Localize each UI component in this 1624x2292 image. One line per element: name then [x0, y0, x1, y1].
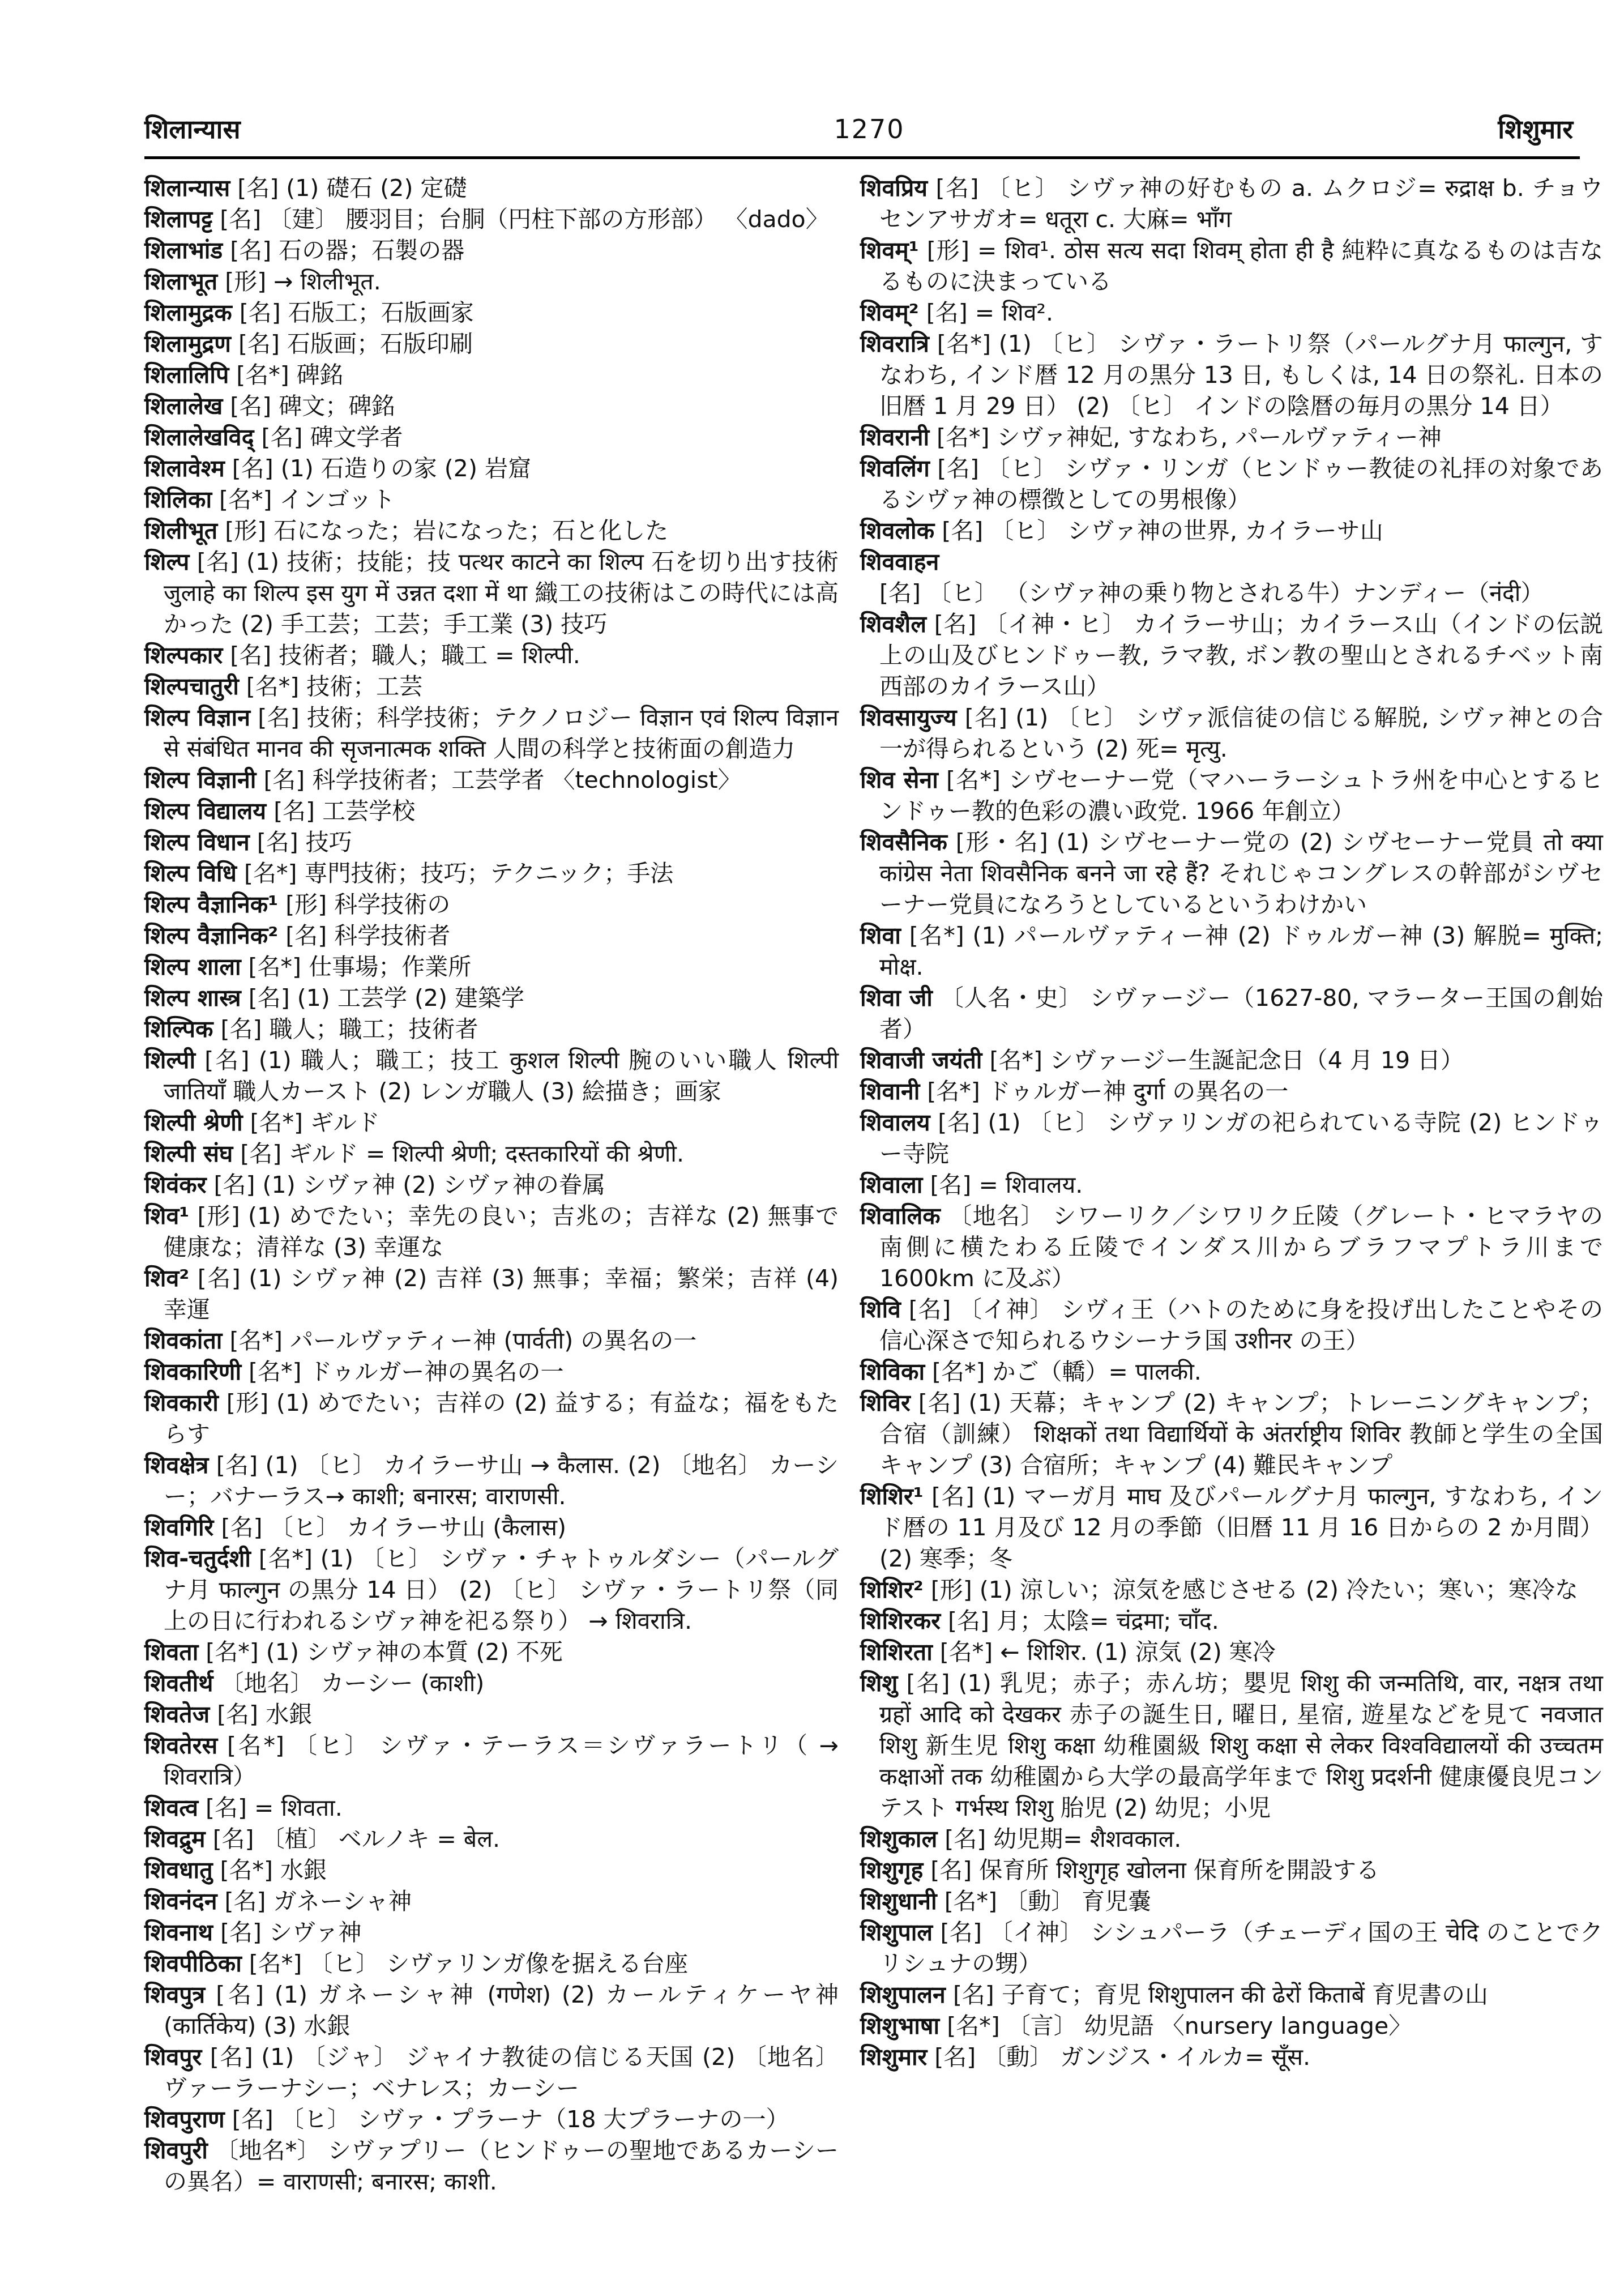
- dictionary-entry: शिवि [名] 〔イ神〕 シヴィ王（ハトのために身を投げ出したことやその信心深…: [860, 1294, 1603, 1356]
- entry-definition: [名] 科学技術者: [278, 922, 450, 949]
- dictionary-entry: शिवप्रिय [名] 〔ヒ〕 シヴァ神の好むもの a. ムクロジ= रुद्…: [860, 173, 1603, 235]
- headword: शिविर: [860, 1389, 911, 1416]
- dictionary-entry: शिवम्¹ [形] = शिव¹. ठोस सत्य सदा शिवम् हो…: [860, 235, 1603, 297]
- dictionary-entry: शिशुकाल [名] 幼児期= शैशवकाल.: [860, 1824, 1603, 1855]
- dictionary-entry: शिशुधानी [名*] 〔動〕 育児嚢: [860, 1886, 1603, 1917]
- headword: शिलामुद्रक: [144, 299, 232, 326]
- headword: शिलालिपि: [144, 361, 229, 389]
- entry-definition: [名] 技術者；職人；職工 = शिल्पी.: [223, 642, 580, 669]
- entry-definition: [名] 科学技術者；工芸学者 〈technologist〉: [256, 766, 741, 793]
- headword: शिलालेख: [144, 392, 223, 420]
- entry-definition: [名] 工芸学校: [266, 797, 415, 825]
- headword: शिवप्रिय: [860, 174, 928, 202]
- headword: शिल्प वैज्ञानिक¹: [144, 891, 278, 918]
- entry-definition: [名] 幼児期= शैशवकाल.: [937, 1825, 1181, 1853]
- entry-definition: [名*] ドゥルガー神 दुर्गा の異名の一: [920, 1078, 1288, 1105]
- entry-definition: [名] (1) 石造りの家 (2) 岩窟: [225, 455, 531, 482]
- entry-definition: [名] 月；太陰= चंद्रमा; चाँद.: [941, 1607, 1219, 1634]
- headword: शिवलोक: [860, 517, 934, 544]
- headword: शिवानी: [860, 1078, 920, 1105]
- dictionary-entry: शिवाला [名] = शिवालय.: [860, 1170, 1603, 1201]
- entry-definition: [名] 〔ヒ〕 シヴァ神の好むもの a. ムクロジ= रुद्राक्ष b. …: [879, 174, 1603, 233]
- dictionary-entry: शिल्प विज्ञान [名] 技術；科学技術；テクノロジー विज्ञान…: [144, 702, 839, 765]
- header-rule: [144, 156, 1580, 159]
- headword: शिवरानी: [860, 424, 929, 451]
- entry-definition: [形] (1) めでたい；吉祥の (2) 益する；有益な；福をもたらす: [164, 1389, 839, 1448]
- headword: शिवसायुज्य: [860, 704, 957, 731]
- entry-definition: [形] 科学技術の: [278, 891, 450, 918]
- entry-definition: [名*] (1) 〔ヒ〕 シヴァ・チャトゥルダシー（パールグナ月 फाल्गुन…: [164, 1545, 839, 1634]
- dictionary-entry: शिवसैनिक [形・名] (1) シヴセーナー党の (2) シヴセーナー党員…: [860, 827, 1603, 920]
- dictionary-entry: शिवता [名*] (1) シヴァ神の本質 (2) 不死: [144, 1637, 839, 1668]
- headword: शिल्प वैज्ञानिक²: [144, 922, 278, 949]
- dictionary-entry: शिल्प शाला [名*] 仕事場；作業所: [144, 951, 839, 983]
- entry-definition: [名*] (1) シヴァ神の本質 (2) 不死: [198, 1638, 562, 1666]
- entry-definition: [名] 水銀: [210, 1701, 312, 1728]
- headword: शिलालेखविद्: [144, 424, 254, 451]
- entry-definition: [形・名] (1) シヴセーナー党の (2) シヴセーナー党員 तो क्या …: [879, 829, 1603, 918]
- entry-definition: [名*] 専門技術；技巧；テクニック；手法: [237, 860, 673, 887]
- dictionary-entry: शिवपीठिका [名*] 〔ヒ〕 シヴァリンガ像を据える台座: [144, 1948, 839, 1979]
- headword: शिशुपाल: [860, 1919, 933, 1946]
- entry-definition: [名] (1) シヴァ神 (2) シヴァ神の眷属: [207, 1171, 606, 1198]
- headword: शिशुकाल: [860, 1825, 937, 1853]
- entry-definition: [名] 石版工；石版画家: [232, 299, 474, 326]
- entry-definition: [名] = शिवता.: [198, 1794, 343, 1821]
- entry-definition: [名] 〔動〕 ガンジス・イルカ= सूँस.: [927, 2043, 1310, 2071]
- dictionary-entry: शिलालेखविद् [名] 碑文学者: [144, 422, 839, 453]
- entry-definition: [名*] 〔動〕 育児嚢: [937, 1888, 1152, 1915]
- right-column: शिवप्रिय [名] 〔ヒ〕 シヴァ神の好むもの a. ムクロジ= रुद्…: [860, 173, 1603, 2197]
- headword: शिवालय: [860, 1109, 930, 1136]
- entry-definition: [名] 〔イ神・ヒ〕 カイラーサ山；カイラース山（インドの伝説上の山及びヒンドゥ…: [879, 611, 1603, 700]
- guide-word-left: शिलान्यास: [144, 111, 241, 146]
- entry-definition: [名] 〔イ神〕 シシュパーラ（チェーディ国の王 चेदि のことでクリシュナの…: [879, 1919, 1603, 1977]
- dictionary-entry: शिल्पी [名] (1) 職人；職工；技工 कुशल शिल्पी 腕のいい…: [144, 1045, 839, 1107]
- entry-definition: [名*] 〔言〕 幼児語 〈nursery language〉: [939, 2012, 1412, 2039]
- dictionary-entry: शिलावेश्म [名] (1) 石造りの家 (2) 岩窟: [144, 453, 839, 484]
- entry-definition: 〔地名*〕 シヴァプリー（ヒンドゥーの聖地であるカーシーの異名）= वाराणस…: [164, 2137, 839, 2195]
- headword: शिवकांता: [144, 1327, 222, 1354]
- entry-definition: [名] = शिवालय.: [922, 1171, 1083, 1198]
- headword: शिवंकर: [144, 1171, 207, 1198]
- dictionary-entry: शिवालिक 〔地名〕 シワーリク／シワリク丘陵（グレート・ヒマラヤの南側に横…: [860, 1201, 1603, 1294]
- entry-definition: [名*] 碑銘: [229, 361, 343, 389]
- entry-definition: [名*] パールヴァティー神 (पार्वती) の異名の一: [222, 1327, 696, 1354]
- headword: शिशुपालन: [860, 1981, 946, 2008]
- dictionary-entry: शिवा जी 〔人名・史〕 シヴァージー（1627-80, マラーター王国の創…: [860, 983, 1603, 1045]
- headword: शिवतीर्थ: [144, 1670, 213, 1697]
- dictionary-entry: शिशुमार [名] 〔動〕 ガンジス・イルカ= सूँस.: [860, 2042, 1603, 2073]
- headword: शिलिका: [144, 486, 212, 513]
- dictionary-entry: शिवशैल [名] 〔イ神・ヒ〕 カイラーサ山；カイラース山（インドの伝説上の…: [860, 609, 1603, 702]
- dictionary-entry: शिवपुराण [名] 〔ヒ〕 シヴァ・プラーナ（18 大プラーナの一）: [144, 2104, 839, 2135]
- entry-definition: [名] = शिव².: [919, 299, 1053, 326]
- headword: शिशुमार: [860, 2043, 927, 2071]
- dictionary-entry: शिल्पिक [名] 職人；職工；技術者: [144, 1014, 839, 1045]
- dictionary-entry: शिशिर² [形] (1) 涼しい；涼気を感じさせる (2) 冷たい；寒い；寒…: [860, 1574, 1603, 1606]
- dictionary-entry: शिशु [名] (1) 乳児；赤子；赤ん坊；嬰児 शिशु की जन्मति…: [860, 1668, 1603, 1824]
- headword: शिल्पकार: [144, 642, 223, 669]
- headword: शिशिरकर: [860, 1607, 941, 1634]
- dictionary-entry: शिववाहन [名] 〔ヒ〕 （シヴァ神の乗り物とされる牛）ナンディー（नंद…: [860, 547, 1603, 609]
- entry-definition: [名] 〔イ神〕 シヴィ王（ハトのために身を投げ出したことやその信心深さで知られ…: [879, 1296, 1603, 1354]
- dictionary-entry: शिवनंदन [名] ガネーシャ神: [144, 1886, 839, 1917]
- running-head: शिलान्यास 1270 शिशुमार: [144, 111, 1573, 146]
- headword: शिशिर²: [860, 1576, 924, 1603]
- entry-definition: [名] (1) 礎石 (2) 定礎: [230, 174, 467, 202]
- headword: शिवम्²: [860, 299, 919, 326]
- headword: शिवाला: [860, 1171, 922, 1198]
- dictionary-entry: शिलालिपि [名*] 碑銘: [144, 360, 839, 391]
- page-number: 1270: [834, 114, 904, 144]
- headword: शिवि: [860, 1296, 901, 1323]
- entry-definition: [名] (1) 〔ヒ〕 シヴァ派信徒の信じる解脱, シヴァ神との合一が得られると…: [879, 704, 1603, 762]
- headword: शिव सेना: [860, 766, 938, 793]
- entry-definition: [名] (1) マーガ月 माघ 及びパールグナ月 फाल्गुन, すなわち,…: [879, 1483, 1603, 1572]
- headword: शिवतेरस: [144, 1732, 217, 1759]
- headword: शिवतेज: [144, 1701, 210, 1728]
- dictionary-entry: शिवलिंग [名] 〔ヒ〕 シヴァ・リンガ（ヒンドゥー教徒の礼拝の対象である…: [860, 453, 1603, 515]
- dictionary-entry: शिवत्व [名] = शिवता.: [144, 1792, 839, 1824]
- entry-definition: [名*] かご（轎）= पालकी.: [925, 1358, 1202, 1385]
- entry-definition: [名*] (1) 〔ヒ〕 シヴァ・ラートリ祭（パールグナ月 फाल्गुन, す…: [879, 330, 1603, 420]
- headword: शिवता: [144, 1638, 198, 1666]
- entry-definition: [名] (1) 工芸学 (2) 建築学: [241, 984, 524, 1011]
- headword: शिशुधानी: [860, 1888, 937, 1915]
- headword: शिल्प: [144, 548, 189, 575]
- dictionary-entry: शिवद्रुम [名] 〔植〕 ベルノキ = बेल.: [144, 1824, 839, 1855]
- entry-definition: [名*] ← शिशिर. (1) 涼気 (2) 寒冷: [933, 1638, 1276, 1666]
- headword: शिलीभूत: [144, 517, 217, 544]
- headword: शिव-चतुर्दशी: [144, 1545, 251, 1572]
- headword: शिवलिंग: [860, 455, 930, 482]
- headword: शिल्प विद्यालय: [144, 797, 266, 825]
- dictionary-entry: शिवा [名*] (1) パールヴァティー神 (2) ドゥルガー神 (3) 解…: [860, 920, 1603, 983]
- dictionary-entry: शिव-चतुर्दशी [名*] (1) 〔ヒ〕 シヴァ・チャトゥルダシー（パ…: [144, 1543, 839, 1637]
- dictionary-page: शिलान्यास 1270 शिशुमार शिलान्यास [名] (1)…: [0, 0, 1624, 2292]
- dictionary-entry: शिल्पी संघ [名] ギルド = शिल्पी श्रेणी; दस्त…: [144, 1138, 839, 1170]
- dictionary-entry: शिवतेरस [名*] 〔ヒ〕 シヴァ・テーラス＝シヴァラートリ（ → शिव…: [144, 1730, 839, 1792]
- entry-definition: [形] → शिलीभूत.: [217, 268, 381, 295]
- entry-definition: [名*] シヴセーナー党（マハーラーシュトラ州を中心とするヒンドゥー教的色彩の濃…: [879, 766, 1603, 825]
- entry-definition: [名] 〔建〕 腰羽目；台胴（円柱下部の方形部） 〈dado〉: [212, 206, 828, 233]
- entry-definition: [名*] (1) パールヴァティー神 (2) ドゥルガー神 (3) 解脱= मु…: [879, 922, 1603, 980]
- headword: शिवपीठिका: [144, 1950, 242, 1977]
- entry-definition: [名*] 仕事場；作業所: [241, 953, 472, 980]
- entry-definition: [名*] シヴァージー生誕記念日（4 月 19 日）: [982, 1047, 1464, 1074]
- dictionary-entry: शिल्प वैज्ञानिक² [名] 科学技術者: [144, 920, 839, 951]
- dictionary-entry: शिलिका [名*] インゴット: [144, 484, 839, 515]
- entry-definition: [名] 〔植〕 ベルノキ = बेल.: [206, 1825, 500, 1853]
- headword: शिलामुद्रण: [144, 330, 231, 357]
- entry-definition: [名] シヴァ神: [213, 1919, 362, 1946]
- headword: शिलापट्ट: [144, 206, 212, 233]
- headword: शिवा जी: [860, 984, 933, 1011]
- dictionary-entry: शिवक्षेत्र [名] (1) 〔ヒ〕 カイラーサ山 → कैलास. (…: [144, 1450, 839, 1512]
- headword: शिलान्यास: [144, 174, 230, 202]
- dictionary-entry: शिलालेख [名] 碑文；碑銘: [144, 391, 839, 422]
- entry-definition: [名] ギルド = शिल्पी श्रेणी; दस्तकारियों की …: [233, 1140, 684, 1167]
- headword: शिशिर¹: [860, 1483, 924, 1510]
- dictionary-body: शिलान्यास [名] (1) 礎石 (2) 定礎शिलापट्ट [名] …: [144, 173, 1603, 2197]
- headword: शिशुगृह: [860, 1856, 923, 1884]
- headword: शिव¹: [144, 1202, 189, 1230]
- dictionary-entry: शिवम्² [名] = शिव².: [860, 297, 1603, 328]
- headword: शिल्प विज्ञान: [144, 704, 250, 731]
- entry-definition: [名] 〔ヒ〕 （シヴァ神の乗り物とされる牛）ナンディー（नंदी）: [879, 579, 1544, 607]
- headword: शिविका: [860, 1358, 925, 1385]
- entry-definition: 〔人名・史〕 シヴァージー（1627-80, マラーター王国の創始者）: [879, 984, 1603, 1043]
- dictionary-entry: शिलाभांड [名] 石の器；石製の器: [144, 235, 839, 266]
- entry-definition: [名] ガネーシャ神: [217, 1888, 412, 1915]
- left-column: शिलान्यास [名] (1) 礎石 (2) 定礎शिलापट्ट [名] …: [144, 173, 839, 2197]
- dictionary-entry: शिवाजी जयंती [名*] シヴァージー生誕記念日（4 月 19 日）: [860, 1045, 1603, 1076]
- headword: शिशु: [860, 1670, 898, 1697]
- entry-definition: [名] 〔ヒ〕 シヴァ神の世界, カイラーサ山: [934, 517, 1383, 544]
- entry-definition: [名*] シヴァ神妃, すなわち, パールヴァティー神: [929, 424, 1442, 451]
- dictionary-entry: शिवपुत्र [名] (1) ガネーシャ神 (गणेश) (2) カールティ…: [144, 1979, 839, 2042]
- headword: शिवपुर: [144, 2043, 202, 2071]
- dictionary-entry: शिल्पकार [名] 技術者；職人；職工 = शिल्पी.: [144, 640, 839, 671]
- dictionary-entry: शिव सेना [名*] シヴセーナー党（マハーラーシュトラ州を中心とするヒン…: [860, 765, 1603, 827]
- entry-definition: [名] 職人；職工；技術者: [213, 1015, 478, 1043]
- headword: शिल्पिक: [144, 1015, 213, 1043]
- dictionary-entry: शिव² [名] (1) シヴァ神 (2) 吉祥 (3) 無事；幸福；繁栄；吉祥…: [144, 1263, 839, 1325]
- dictionary-entry: शिवालय [名] (1) 〔ヒ〕 シヴァリンガの祀られている寺院 (2) ヒ…: [860, 1107, 1603, 1170]
- entry-definition: [名] (1) 〔ヒ〕 シヴァリンガの祀られている寺院 (2) ヒンドゥー寺院: [879, 1109, 1603, 1167]
- headword: शिवशैल: [860, 611, 926, 638]
- dictionary-entry: शिलीभूत [形] 石になった；岩になった；石と化した: [144, 515, 839, 547]
- headword: शिवनाथ: [144, 1919, 213, 1946]
- headword: शिवकारिणी: [144, 1358, 241, 1385]
- entry-definition: [形] (1) めでたい；幸先の良い；吉兆の；吉祥な (2) 無事で健康な；清祥…: [164, 1202, 839, 1261]
- entry-definition: [名] 技術；科学技術；テクノロジー विज्ञान एवं शिल्प विज…: [164, 704, 839, 762]
- dictionary-entry: शिशिर¹ [名] (1) マーガ月 माघ 及びパールグナ月 फाल्गुन…: [860, 1481, 1603, 1574]
- dictionary-entry: शिवरात्रि [名*] (1) 〔ヒ〕 シヴァ・ラートリ祭（パールグナ月 …: [860, 328, 1603, 422]
- dictionary-entry: शिशिरकर [名] 月；太陰= चंद्रमा; चाँद.: [860, 1606, 1603, 1637]
- dictionary-entry: शिशुपाल [名] 〔イ神〕 シシュパーラ（チェーディ国の王 चेदि のこ…: [860, 1917, 1603, 1979]
- entry-definition: 〔地名〕 シワーリク／シワリク丘陵（グレート・ヒマラヤの南側に横たわる丘陵でイン…: [879, 1202, 1603, 1292]
- dictionary-entry: शिवरानी [名*] シヴァ神妃, すなわち, パールヴァティー神: [860, 422, 1603, 453]
- entry-definition: [名] 碑文学者: [254, 424, 403, 451]
- dictionary-entry: शिल्पी श्रेणी [名*] ギルド: [144, 1107, 839, 1138]
- headword: शिव²: [144, 1265, 189, 1292]
- headword: शिवपुत्र: [144, 1981, 205, 2008]
- headword: शिवरात्रि: [860, 330, 929, 357]
- entry-definition: [名] 〔ヒ〕 カイラーサ山 (कैलास): [213, 1514, 566, 1541]
- dictionary-entry: शिशुपालन [名] 子育て；育児 शिशुपालन की ढेरों कि…: [860, 1979, 1603, 2011]
- headword: शिल्पी संघ: [144, 1140, 233, 1167]
- dictionary-entry: शिवकारिणी [名*] ドゥルガー神の異名の一: [144, 1356, 839, 1388]
- dictionary-entry: शिलाभूत [形] → शिलीभूत.: [144, 266, 839, 297]
- dictionary-entry: शिल्प शास्त्र [名] (1) 工芸学 (2) 建築学: [144, 983, 839, 1014]
- dictionary-entry: शिवंकर [名] (1) シヴァ神 (2) シヴァ神の眷属: [144, 1170, 839, 1201]
- headword: शिवक्षेत्र: [144, 1452, 208, 1479]
- dictionary-entry: शिविका [名*] かご（轎）= पालकी.: [860, 1356, 1603, 1388]
- dictionary-entry: शिवधातु [名*] 水銀: [144, 1855, 839, 1886]
- dictionary-entry: शिवनाथ [名] シヴァ神: [144, 1917, 839, 1948]
- headword: शिवद्रुम: [144, 1825, 206, 1853]
- entry-definition: [名*] 〔ヒ〕 シヴァ・テーラス＝シヴァラートリ（ → शिवरात्रि）: [164, 1732, 839, 1790]
- entry-definition: [名] (1) 〔ヒ〕 カイラーサ山 → कैलास. (2) 〔地名〕 カーシ…: [164, 1452, 839, 1510]
- dictionary-entry: शिल्प वैज्ञानिक¹ [形] 科学技術の: [144, 889, 839, 920]
- headword: शिल्प शास्त्र: [144, 984, 241, 1011]
- entry-definition: [名] 〔ヒ〕 シヴァ・プラーナ（18 大プラーナの一）: [225, 2106, 789, 2133]
- dictionary-entry: शिशिरता [名*] ← शिशिर. (1) 涼気 (2) 寒冷: [860, 1637, 1603, 1668]
- dictionary-entry: शिल्पचातुरी [名*] 技術；工芸: [144, 671, 839, 702]
- headword: शिवनंदन: [144, 1888, 217, 1915]
- dictionary-entry: शिवकांता [名*] パールヴァティー神 (पार्वती) の異名の一: [144, 1325, 839, 1356]
- dictionary-entry: शिलामुद्रण [名] 石版画；石版印刷: [144, 328, 839, 360]
- headword: शिवालिक: [860, 1202, 941, 1230]
- headword: शिवसैनिक: [860, 829, 947, 856]
- dictionary-entry: शिशुभाषा [名*] 〔言〕 幼児語 〈nursery language〉: [860, 2011, 1603, 2042]
- headword: शिवपुरी: [144, 2137, 208, 2164]
- headword: शिवत्व: [144, 1794, 198, 1821]
- headword: शिल्प विज्ञानी: [144, 766, 256, 793]
- entry-definition: [名] (1) 乳児；赤子；赤ん坊；嬰児 शिशु की जन्मतिथि, व…: [879, 1670, 1603, 1821]
- entry-definition: [名] 石の器；石製の器: [223, 237, 464, 264]
- dictionary-entry: शिवसायुज्य [名] (1) 〔ヒ〕 シヴァ派信徒の信じる解脱, シヴァ…: [860, 702, 1603, 765]
- dictionary-entry: शिल्प विज्ञानी [名] 科学技術者；工芸学者 〈technolog…: [144, 765, 839, 796]
- dictionary-entry: शिल्प विधि [名*] 専門技術；技巧；テクニック；手法: [144, 858, 839, 889]
- headword: शिवम्¹: [860, 237, 919, 264]
- entry-definition: [名] 子育て；育児 शिशुपालन की ढेरों किताबें 育児書…: [946, 1981, 1488, 2008]
- entry-definition: [名] (1) 〔ジャ〕 ジャイナ教徒の信じる天国 (2) 〔地名〕 ヴァーラー…: [164, 2043, 839, 2102]
- headword: शिवाजी जयंती: [860, 1047, 982, 1074]
- dictionary-entry: शिवकारी [形] (1) めでたい；吉祥の (2) 益する；有益な；福をも…: [144, 1388, 839, 1450]
- entry-definition: [名] (1) ガネーシャ神 (गणेश) (2) カールティケーヤ神 (कार…: [164, 1981, 839, 2039]
- dictionary-entry: शिविर [名] (1) 天幕；キャンプ (2) キャンプ；トレーニングキャン…: [860, 1388, 1603, 1481]
- headword: शिलाभूत: [144, 268, 217, 295]
- dictionary-entry: शिव¹ [形] (1) めでたい；幸先の良い；吉兆の；吉祥な (2) 無事で健…: [144, 1201, 839, 1263]
- dictionary-entry: शिवतीर्थ 〔地名〕 カーシー (काशी): [144, 1668, 839, 1699]
- dictionary-entry: शिलान्यास [名] (1) 礎石 (2) 定礎: [144, 173, 839, 204]
- headword: शिल्प विधान: [144, 829, 250, 856]
- headword: शिवधातु: [144, 1856, 213, 1884]
- headword: शिल्प शाला: [144, 953, 241, 980]
- headword: शिवा: [860, 922, 901, 949]
- entry-definition: [形] (1) 涼しい；涼気を感じさせる (2) 冷たい；寒い；寒冷な: [924, 1576, 1578, 1603]
- dictionary-entry: शिवपुरी 〔地名*〕 シヴァプリー（ヒンドゥーの聖地であるカーシーの異名）…: [144, 2135, 839, 2197]
- headword: शिवपुराण: [144, 2106, 225, 2133]
- headword: शिल्प विधि: [144, 860, 237, 887]
- entry-definition: [名] (1) 天幕；キャンプ (2) キャンプ；トレーニングキャンプ；合宿（訓…: [879, 1389, 1603, 1479]
- entry-definition: [名] (1) 職人；職工；技工 कुशल शिल्पी 腕のいい職人 शिल्…: [164, 1047, 839, 1105]
- entry-definition: [名] (1) シヴァ神 (2) 吉祥 (3) 無事；幸福；繁栄；吉祥 (4) …: [164, 1265, 839, 1323]
- entry-definition: [形] 石になった；岩になった；石と化した: [217, 517, 668, 544]
- guide-word-right: शिशुमार: [1498, 111, 1573, 146]
- headword: शिवकारी: [144, 1389, 219, 1416]
- dictionary-entry: शिलापट्ट [名] 〔建〕 腰羽目；台胴（円柱下部の方形部） 〈dado〉: [144, 204, 839, 235]
- headword: शिशिरता: [860, 1638, 933, 1666]
- dictionary-entry: शिवपुर [名] (1) 〔ジャ〕 ジャイナ教徒の信じる天国 (2) 〔地名…: [144, 2042, 839, 2104]
- headword: शिशुभाषा: [860, 2012, 939, 2039]
- dictionary-entry: शिवगिरि [名] 〔ヒ〕 カイラーサ山 (कैलास): [144, 1512, 839, 1543]
- headword: शिल्पी श्रेणी: [144, 1109, 243, 1136]
- dictionary-entry: शिशुगृह [名] 保育所 शिशुगृह खोलना 保育所を開設する: [860, 1855, 1603, 1886]
- entry-definition: [名] 石版画；石版印刷: [231, 330, 473, 357]
- dictionary-entry: शिल्प विधान [名] 技巧: [144, 827, 839, 858]
- dictionary-entry: शिवानी [名*] ドゥルガー神 दुर्गा の異名の一: [860, 1076, 1603, 1107]
- headword: शिलावेश्म: [144, 455, 225, 482]
- dictionary-entry: शिवलोक [名] 〔ヒ〕 シヴァ神の世界, カイラーサ山: [860, 515, 1603, 547]
- entry-definition: [名] 保育所 शिशुगृह खोलना 保育所を開設する: [923, 1856, 1379, 1884]
- dictionary-entry: शिल्प [名] (1) 技術；技能；技 पत्थर काटने का शिल…: [144, 547, 839, 640]
- headword: शिववाहन: [860, 548, 939, 575]
- entry-definition: [名] (1) 技術；技能；技 पत्थर काटने का शिल्प 石を切…: [164, 548, 839, 638]
- entry-definition: [名] 技巧: [250, 829, 352, 856]
- entry-definition: [名] 碑文；碑銘: [223, 392, 395, 420]
- entry-definition: 〔地名〕 カーシー (काशी): [213, 1670, 484, 1697]
- dictionary-entry: शिल्प विद्यालय [名] 工芸学校: [144, 796, 839, 827]
- dictionary-entry: शिवतेज [名] 水銀: [144, 1699, 839, 1730]
- headword: शिवगिरि: [144, 1514, 213, 1541]
- entry-definition: [名*] ドゥルガー神の異名の一: [241, 1358, 564, 1385]
- entry-definition: [名*] ギルド: [243, 1109, 380, 1136]
- headword: शिलाभांड: [144, 237, 223, 264]
- entry-definition: [名] 〔ヒ〕 シヴァ・リンガ（ヒンドゥー教徒の礼拝の対象であるシヴァ神の標徴と…: [879, 455, 1603, 513]
- dictionary-entry: शिलामुद्रक [名] 石版工；石版画家: [144, 297, 839, 328]
- entry-definition: [名*] 〔ヒ〕 シヴァリンガ像を据える台座: [242, 1950, 688, 1977]
- entry-definition: [名*] インゴット: [212, 486, 395, 513]
- entry-definition: [形] = शिव¹. ठोस सत्य सदा शिवम् होता ही ह…: [879, 237, 1603, 295]
- entry-definition: [名*] 水銀: [213, 1856, 327, 1884]
- headword: शिल्पी: [144, 1047, 195, 1074]
- headword: शिल्पचातुरी: [144, 673, 239, 700]
- entry-definition: [名*] 技術；工芸: [239, 673, 423, 700]
